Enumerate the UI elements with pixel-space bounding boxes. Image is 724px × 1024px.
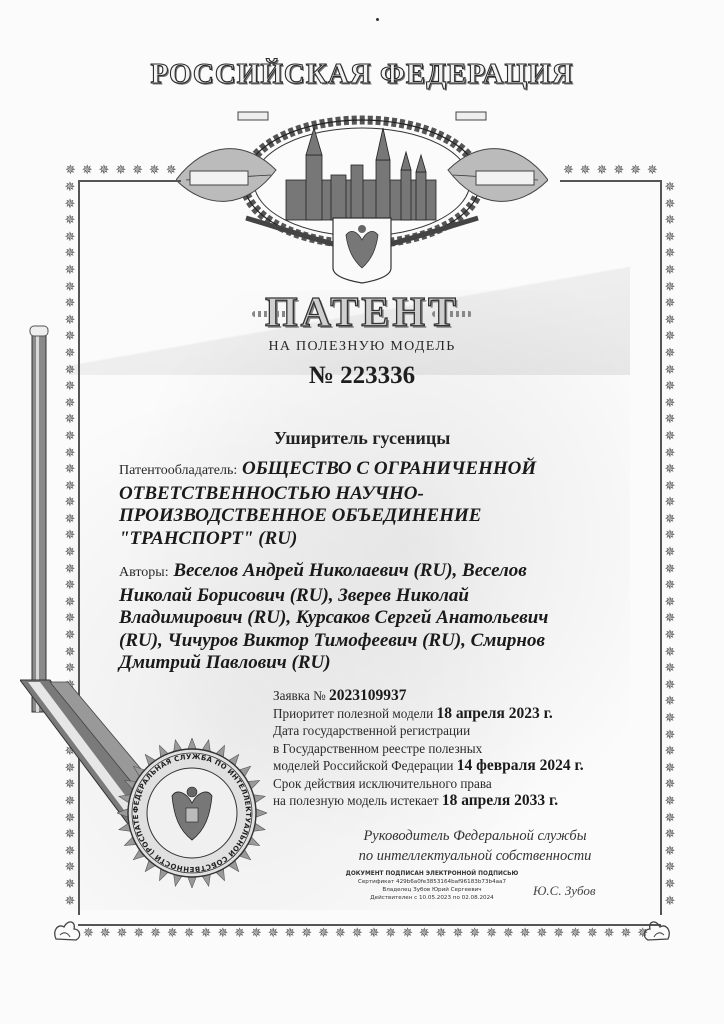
patent-holder: Патентообладатель: ОБЩЕСТВО С ОГРАНИЧЕНН… <box>119 458 559 550</box>
star-ornament-icon: ✵ <box>248 926 265 942</box>
star-ornament-icon: ✵ <box>550 926 567 942</box>
star-ornament-icon: ✵ <box>466 926 483 942</box>
star-ornament-icon: ✵ <box>517 926 534 942</box>
star-ornament-icon: ✵ <box>63 894 77 911</box>
star-ornament-icon: ✵ <box>663 694 677 711</box>
star-ornament-icon: ✵ <box>63 844 77 861</box>
invention-title: Уширитель гусеницы <box>0 428 724 449</box>
star-ornament-icon: ✵ <box>231 926 248 942</box>
authors: Авторы: Веселов Андрей Николаевич (RU), … <box>119 560 589 675</box>
star-ornament-icon: ✵ <box>644 163 661 179</box>
star-ornament-icon: ✵ <box>63 877 77 894</box>
star-ornament-icon: ✵ <box>112 163 129 179</box>
star-ornament-icon: ✵ <box>663 495 677 512</box>
star-ornament-icon: ✵ <box>416 926 433 942</box>
star-ornament-icon: ✵ <box>382 926 399 942</box>
star-ornament-icon: ✵ <box>663 545 677 562</box>
star-ornament-icon: ✵ <box>433 926 450 942</box>
star-ornament-icon: ✵ <box>130 926 147 942</box>
patent-certificate: РОССИЙСКАЯ ФЕДЕРАЦИЯ <box>0 0 724 1024</box>
esign-validity: Действителен с 10.05.2023 по 02.08.2024 <box>342 894 522 902</box>
star-ornament-icon: ✵ <box>663 877 677 894</box>
patent-number: № 223336 <box>0 362 724 390</box>
star-ornament-icon: ✵ <box>627 163 644 179</box>
priority-line: Приоритет полезной модели 18 апреля 2023… <box>273 705 593 723</box>
star-ornament-icon: ✵ <box>450 926 467 942</box>
star-ornament-icon: ✵ <box>349 926 366 942</box>
reg-line-2: в Государственном реестре полезных <box>273 740 593 758</box>
star-ornament-icon: ✵ <box>663 711 677 728</box>
star-ornament-icon: ✵ <box>147 926 164 942</box>
star-ornament-icon: ✵ <box>663 661 677 678</box>
priority-date: 18 апреля 2023 г. <box>436 705 552 722</box>
patent-heading: ПАТЕНТ <box>0 289 724 337</box>
star-ornament-icon: ✵ <box>79 163 96 179</box>
star-ornament-icon: ✵ <box>663 894 677 911</box>
star-ornament-icon: ✵ <box>265 926 282 942</box>
star-ornament-icon: ✵ <box>663 744 677 761</box>
star-ornament-icon: ✵ <box>663 578 677 595</box>
star-ornament-icon: ✵ <box>114 926 131 942</box>
star-ornament-icon: ✵ <box>315 926 332 942</box>
star-ornament-icon: ✵ <box>96 163 113 179</box>
term-line-1: Срок действия исключительного права <box>273 775 593 793</box>
star-ornament-icon: ✵ <box>663 794 677 811</box>
star-ornament-icon: ✵ <box>663 512 677 529</box>
expiry-date: 18 апреля 2033 г. <box>442 792 558 809</box>
frame-line <box>78 180 181 182</box>
star-ornament-icon: ✵ <box>663 528 677 545</box>
registration-date: 14 февраля 2024 г. <box>457 757 584 774</box>
kremlin-wreath-emblem-icon <box>176 100 548 285</box>
star-ornament-icon: ✵ <box>663 213 677 230</box>
star-ornament-icon: ✵ <box>663 761 677 778</box>
star-ornament-icon: ✵ <box>663 645 677 662</box>
star-ornament-icon: ✵ <box>663 180 677 197</box>
corner-ornament-icon <box>640 913 672 943</box>
star-ornament-icon: ✵ <box>129 163 146 179</box>
star-ornament-icon: ✵ <box>577 163 594 179</box>
star-ornament-icon: ✵ <box>332 926 349 942</box>
star-ornament-icon: ✵ <box>366 926 383 942</box>
star-ornament-icon: ✵ <box>601 926 618 942</box>
star-ornament-icon: ✵ <box>63 213 77 230</box>
star-ornament-icon: ✵ <box>663 246 677 263</box>
electronic-signature-stamp: ДОКУМЕНТ ПОДПИСАН ЭЛЕКТРОННОЙ ПОДПИСЬЮ С… <box>342 870 522 902</box>
star-ornament-icon: ✵ <box>594 163 611 179</box>
star-ornament-icon: ✵ <box>663 479 677 496</box>
border-bottom: ✵✵✵✵✵✵✵✵✵✵✵✵✵✵✵✵✵✵✵✵✵✵✵✵✵✵✵✵✵✵✵✵✵✵ <box>80 926 651 942</box>
star-ornament-icon: ✵ <box>282 926 299 942</box>
star-ornament-icon: ✵ <box>618 926 635 942</box>
star-ornament-icon: ✵ <box>663 611 677 628</box>
esign-title: ДОКУМЕНТ ПОДПИСАН ЭЛЕКТРОННОЙ ПОДПИСЬЮ <box>342 870 522 878</box>
star-ornament-icon: ✵ <box>63 860 77 877</box>
star-ornament-icon: ✵ <box>163 163 180 179</box>
star-ornament-icon: ✵ <box>500 926 517 942</box>
star-ornament-icon: ✵ <box>97 926 114 942</box>
frame-line <box>560 180 661 182</box>
patent-type: НА ПОЛЕЗНУЮ МОДЕЛЬ <box>0 339 724 355</box>
authors-label: Авторы: <box>119 565 169 580</box>
esign-owner: Владелец Зубов Юрий Сергеевич <box>342 886 522 894</box>
application-line: Заявка № 2023109937 <box>273 687 593 705</box>
star-ornament-icon: ✵ <box>399 926 416 942</box>
star-ornament-icon: ✵ <box>198 926 215 942</box>
star-ornament-icon: ✵ <box>584 926 601 942</box>
star-ornament-icon: ✵ <box>663 462 677 479</box>
reg-line-3: моделей Российской Федерации 14 февраля … <box>273 757 593 775</box>
holder-label: Патентообладатель: <box>119 463 237 478</box>
star-ornament-icon: ✵ <box>663 263 677 280</box>
star-ornament-icon: ✵ <box>63 180 77 197</box>
rospatent-seal-icon: ФЕДЕРАЛЬНАЯ СЛУЖБА ПО ИНТЕЛЛЕКТУАЛЬНОЙ С… <box>117 738 267 888</box>
signatory-position: Руководитель Федеральной службы по интел… <box>345 826 605 866</box>
esign-certificate: Сертификат 429b6a0fe3853164bаf96183b73b4… <box>342 878 522 886</box>
star-ornament-icon: ✵ <box>663 396 677 413</box>
signer-name: Ю.С. Зубов <box>533 883 596 899</box>
star-ornament-icon: ✵ <box>663 860 677 877</box>
star-ornament-icon: ✵ <box>63 197 77 214</box>
star-ornament-icon: ✵ <box>146 163 163 179</box>
star-ornament-icon: ✵ <box>663 230 677 247</box>
star-ornament-icon: ✵ <box>567 926 584 942</box>
authors-names: Веселов Андрей Николаевич (RU), Веселов … <box>119 560 548 673</box>
corner-ornament-icon <box>52 913 84 943</box>
term-line-2: на полезную модель истекает 18 апреля 20… <box>273 792 593 810</box>
star-ornament-icon: ✵ <box>181 926 198 942</box>
star-ornament-icon: ✵ <box>63 246 77 263</box>
star-ornament-icon: ✵ <box>663 197 677 214</box>
star-ornament-icon: ✵ <box>534 926 551 942</box>
scan-mark <box>376 18 379 21</box>
border-top-right: ✵✵✵✵✵✵ <box>560 163 661 179</box>
reg-line-1: Дата государственной регистрации <box>273 722 593 740</box>
application-number: 2023109937 <box>329 687 407 704</box>
star-ornament-icon: ✵ <box>214 926 231 942</box>
star-ornament-icon: ✵ <box>62 163 79 179</box>
star-ornament-icon: ✵ <box>663 777 677 794</box>
star-ornament-icon: ✵ <box>164 926 181 942</box>
star-ornament-icon: ✵ <box>298 926 315 942</box>
star-ornament-icon: ✵ <box>663 844 677 861</box>
star-ornament-icon: ✵ <box>663 827 677 844</box>
border-top-left: ✵✵✵✵✵✵✵ <box>62 163 180 179</box>
star-ornament-icon: ✵ <box>560 163 577 179</box>
star-ornament-icon: ✵ <box>610 163 627 179</box>
star-ornament-icon: ✵ <box>663 595 677 612</box>
star-ornament-icon: ✵ <box>63 230 77 247</box>
star-ornament-icon: ✵ <box>663 728 677 745</box>
star-ornament-icon: ✵ <box>663 628 677 645</box>
star-ornament-icon: ✵ <box>63 263 77 280</box>
star-ornament-icon: ✵ <box>663 811 677 828</box>
star-ornament-icon: ✵ <box>663 678 677 695</box>
star-ornament-icon: ✵ <box>663 562 677 579</box>
registration-details: Заявка № 2023109937 Приоритет полезной м… <box>273 687 593 810</box>
star-ornament-icon: ✵ <box>663 412 677 429</box>
star-ornament-icon: ✵ <box>483 926 500 942</box>
country-title: РОССИЙСКАЯ ФЕДЕРАЦИЯ <box>0 58 724 91</box>
